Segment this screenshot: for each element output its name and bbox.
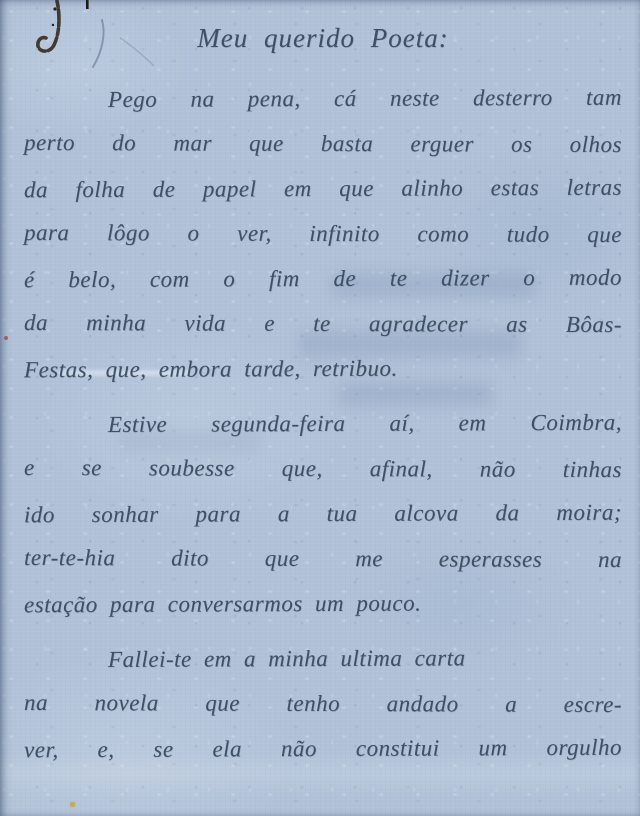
letter-line: Fallei-te em a minha ultima carta: [24, 635, 622, 683]
letter-line: estação para conversarmos um pouco.: [24, 580, 622, 628]
letter-paragraph: Pego na pena, cá neste desterro tam pert…: [24, 76, 622, 391]
letter-line: da minha vida e te agradecer as Bôas-: [24, 300, 622, 347]
letter-line: ido sonhar para a tua alcova da moira;: [24, 490, 622, 538]
letter-line: da folha de papel em que alinho estas le…: [24, 165, 622, 213]
letter-line: para lôgo o ver, infinito como tudo que: [24, 210, 622, 257]
letter-body: Meu querido Poeta: Pego na pena, cá nest…: [24, 10, 622, 771]
letter-paragraph: Fallei-te em a minha ultima carta na nov…: [24, 636, 622, 771]
letter-line: perto do mar que basta erguer os olhos: [24, 120, 622, 167]
letter-line: e se soubesse que, afinal, não tinhas: [24, 445, 622, 492]
letter-line: Festas, que, embora tarde, retribuo.: [24, 345, 622, 393]
paper-speck-red: [4, 336, 8, 340]
letter-line: ver, e, se ela não constitui um orgulho: [24, 725, 622, 773]
letter-page: Meu querido Poeta: Pego na pena, cá nest…: [0, 0, 640, 816]
letter-line: é belo, com o fim de te dizer o modo: [24, 255, 622, 303]
letter-line: Estive segunda-feira aí, em Coimbra,: [24, 400, 622, 448]
letter-paragraph: Estive segunda-feira aí, em Coimbra, e s…: [24, 401, 622, 626]
letter-line: na novela que tenho andado a escre-: [24, 680, 622, 727]
letter-line: Pego na pena, cá neste desterro tam: [24, 75, 622, 123]
letter-line: ter-te-hia dito que me esperasses na: [24, 535, 622, 582]
paper-speck-yellow: [70, 802, 75, 807]
letter-salutation: Meu querido Poeta:: [24, 10, 622, 66]
ink-tick: [86, 0, 89, 9]
